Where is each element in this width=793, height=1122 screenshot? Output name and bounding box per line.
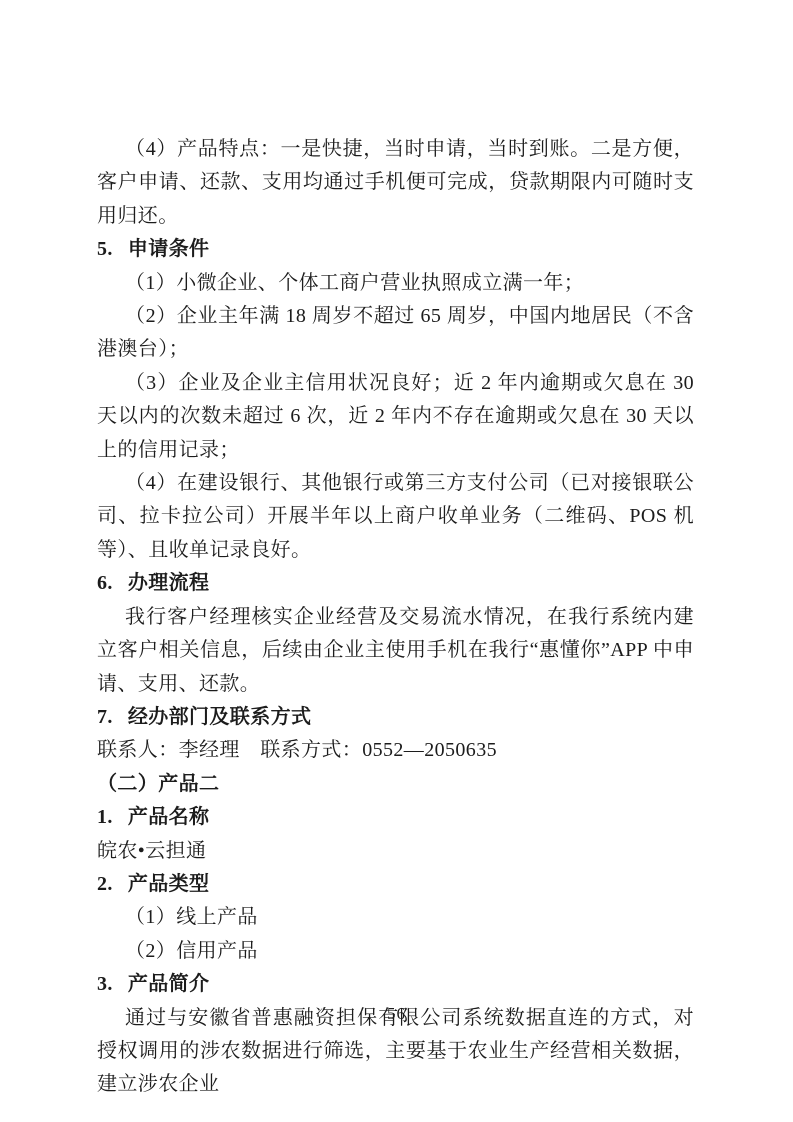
section-heading-product-two: （二）产品二 — [97, 768, 694, 801]
product-type-item-2: （2）信用产品 — [97, 935, 694, 968]
document-body: （4）产品特点：一是快捷，当时申请，当时到账。二是方便，客户申请、还款、支用均通… — [97, 133, 694, 1102]
heading-number: 1. — [97, 806, 113, 828]
heading-number: 3. — [97, 973, 113, 995]
heading-number: 7. — [97, 706, 113, 728]
heading-product-intro: 3.产品简介 — [97, 968, 694, 1001]
paragraph-product-features: （4）产品特点：一是快捷，当时申请，当时到账。二是方便，客户申请、还款、支用均通… — [97, 133, 694, 233]
heading-title: 产品名称 — [128, 806, 210, 828]
heading-title: 产品类型 — [128, 873, 210, 895]
heading-number: 6. — [97, 572, 113, 594]
product-type-item-1: （1）线上产品 — [97, 901, 694, 934]
product-name-value: 皖农•云担通 — [97, 835, 694, 868]
condition-item-1: （1）小微企业、个体工商户营业执照成立满一年； — [97, 267, 694, 300]
heading-number: 5. — [97, 238, 113, 260]
condition-item-4: （4）在建设银行、其他银行或第三方支付公司（已对接银联公司、拉卡拉公司）开展半年… — [97, 467, 694, 567]
heading-title: 产品简介 — [128, 973, 210, 995]
document-page: （4）产品特点：一是快捷，当时申请，当时到账。二是方便，客户申请、还款、支用均通… — [0, 0, 793, 1122]
heading-title: 申请条件 — [128, 238, 210, 260]
contact-line: 联系人：李经理 联系方式：0552—2050635 — [97, 734, 694, 767]
paragraph-processing-flow: 我行客户经理核实企业经营及交易流水情况，在我行系统内建立客户相关信息，后续由企业… — [97, 601, 694, 701]
heading-product-name: 1.产品名称 — [97, 801, 694, 834]
heading-application-conditions: 5.申请条件 — [97, 233, 694, 266]
heading-number: 2. — [97, 873, 113, 895]
heading-product-type: 2.产品类型 — [97, 868, 694, 901]
condition-item-2: （2）企业主年满 18 周岁不超过 65 周岁，中国内地居民（不含港澳台）； — [97, 300, 694, 367]
condition-item-3: （3）企业及企业主信用状况良好；近 2 年内逾期或欠息在 30 天以内的次数未超… — [97, 367, 694, 467]
heading-department-contact: 7.经办部门及联系方式 — [97, 701, 694, 734]
heading-processing-flow: 6.办理流程 — [97, 567, 694, 600]
heading-title: 经办部门及联系方式 — [128, 706, 312, 728]
page-number: 56 — [0, 1004, 793, 1024]
heading-title: 办理流程 — [128, 572, 210, 594]
